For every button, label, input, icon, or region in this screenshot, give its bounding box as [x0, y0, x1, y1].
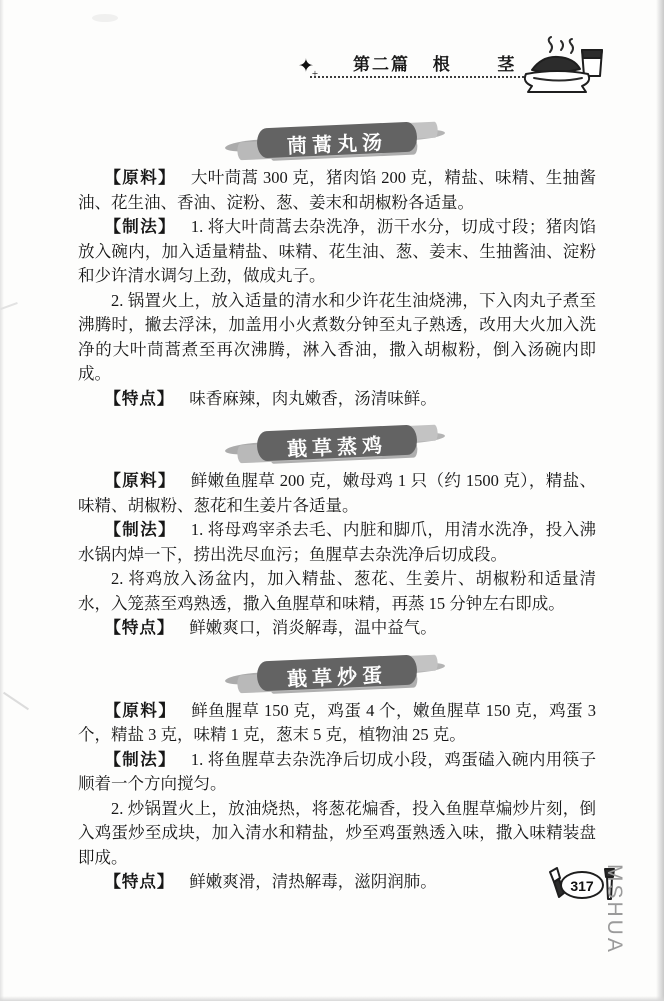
paper-smudge — [92, 14, 118, 22]
section-label: 【制法】 — [104, 521, 176, 539]
page-edge-shadow-right — [656, 0, 664, 1001]
section-text: 2. 炒锅置火上，放油烧热，将葱花煸香，投入鱼腥草煸炒片刻，倒入鸡蛋炒至成块，加… — [78, 799, 596, 867]
ingredients-paragraph: 【原料】鲜鱼腥草 150 克，鸡蛋 4 个，嫩鱼腥草 150 克，鸡蛋 3 个，… — [78, 699, 596, 748]
watermark-text: MSHUA — [602, 864, 626, 955]
section-label: 【特点】 — [104, 390, 174, 408]
sparkle-icon: ✦+ — [298, 55, 320, 78]
section-label: 【特点】 — [104, 619, 174, 637]
page-content: 茼蒿丸汤 【原料】大叶茼蒿 300 克，猪肉馅 200 克，精盐、味精、生抽酱油… — [78, 108, 596, 905]
steaming-dish-illustration — [520, 36, 612, 100]
recipe-block: 蕺草炒蛋 【原料】鲜鱼腥草 150 克，鸡蛋 4 个，嫩鱼腥草 150 克，鸡蛋… — [78, 657, 596, 895]
method-paragraph: 【制法】1. 将大叶茼蒿去杂洗净，沥干水分，切成寸段；猪肉馅放入碗内，加入适量精… — [78, 215, 596, 289]
features-paragraph: 【特点】味香麻辣，肉丸嫩香，汤清味鲜。 — [78, 387, 596, 412]
recipe-title-banner: 蕺草炒蛋 — [247, 657, 427, 689]
steam-icon — [570, 39, 573, 53]
plate-oval: 317 — [561, 872, 603, 898]
section-text: 2. 锅置火上，放入适量的清水和少许花生油烧沸，下入肉丸子煮至沸腾时，撇去浮沫，… — [78, 291, 596, 384]
section-text: 味香麻辣，肉丸嫩香，汤清味鲜。 — [189, 389, 437, 408]
method-step-paragraph: 2. 将鸡放入汤盆内，加入精盐、葱花、生姜片、胡椒粉和适量清水，入笼蒸至鸡熟透，… — [78, 567, 596, 616]
ingredients-paragraph: 【原料】鲜嫩鱼腥草 200 克，嫩母鸡 1 只（约 1500 克），精盐、味精、… — [78, 469, 596, 518]
method-paragraph: 【制法】1. 将母鸡宰杀去毛、内脏和脚爪，用清水洗净，投入沸水锅内焯一下，捞出洗… — [78, 518, 596, 567]
cup-lid-icon — [582, 50, 602, 58]
page-edge-shadow-left — [0, 0, 4, 1001]
steam-icon — [549, 37, 552, 52]
section-label: 【制法】 — [104, 751, 176, 769]
section-label: 【原料】 — [104, 169, 176, 187]
header-dotted-rule — [310, 76, 524, 78]
section-label: 【原料】 — [104, 472, 176, 490]
mushroom-cap-icon — [532, 57, 580, 72]
chapter-header: 第二篇 根 茎 — [353, 50, 530, 75]
page-edge-shadow-bottom — [0, 996, 664, 1001]
recipe-title-banner: 蕺草蒸鸡 — [247, 427, 427, 459]
section-text: 鲜嫩爽口，消炎解毒，温中益气。 — [189, 618, 437, 637]
method-paragraph: 【制法】1. 将鱼腥草去杂洗净后切成小段，鸡蛋磕入碗内用筷子顺着一个方向搅匀。 — [78, 748, 596, 797]
chapter-title: 根 茎 — [433, 55, 530, 74]
section-text: 鲜嫩爽滑，清热解毒，滋阴润肺。 — [189, 872, 437, 891]
features-paragraph: 【特点】鲜嫩爽滑，清热解毒，滋阴润肺。 — [78, 870, 596, 895]
section-text: 2. 将鸡放入汤盆内，加入精盐、葱花、生姜片、胡椒粉和适量清水，入笼蒸至鸡熟透，… — [78, 569, 596, 613]
chapter-number: 第二篇 — [353, 55, 410, 74]
paper-crease — [3, 692, 29, 710]
plate-icon — [525, 71, 589, 92]
recipe-title-banner: 茼蒿丸汤 — [247, 124, 427, 156]
method-step-paragraph: 2. 炒锅置火上，放油烧热，将葱花煸香，投入鱼腥草煸炒片刻，倒入鸡蛋炒至成块，加… — [78, 797, 596, 871]
section-label: 【特点】 — [104, 873, 174, 891]
section-label: 【制法】 — [104, 218, 176, 236]
features-paragraph: 【特点】鲜嫩爽口，消炎解毒，温中益气。 — [78, 616, 596, 641]
page-number: 317 — [570, 878, 594, 894]
steam-icon — [561, 41, 563, 50]
method-step-paragraph: 2. 锅置火上，放入适量的清水和少许花生油烧沸，下入肉丸子煮至沸腾时，撇去浮沫，… — [78, 289, 596, 387]
section-label: 【原料】 — [104, 702, 176, 720]
book-page: { "page": { "header": { "section_label":… — [0, 0, 664, 1001]
recipe-block: 蕺草蒸鸡 【原料】鲜嫩鱼腥草 200 克，嫩母鸡 1 只（约 1500 克），精… — [78, 427, 596, 641]
recipe-block: 茼蒿丸汤 【原料】大叶茼蒿 300 克，猪肉馅 200 克，精盐、味精、生抽酱油… — [78, 124, 596, 411]
ingredients-paragraph: 【原料】大叶茼蒿 300 克，猪肉馅 200 克，精盐、味精、生抽酱油、花生油、… — [78, 166, 596, 215]
